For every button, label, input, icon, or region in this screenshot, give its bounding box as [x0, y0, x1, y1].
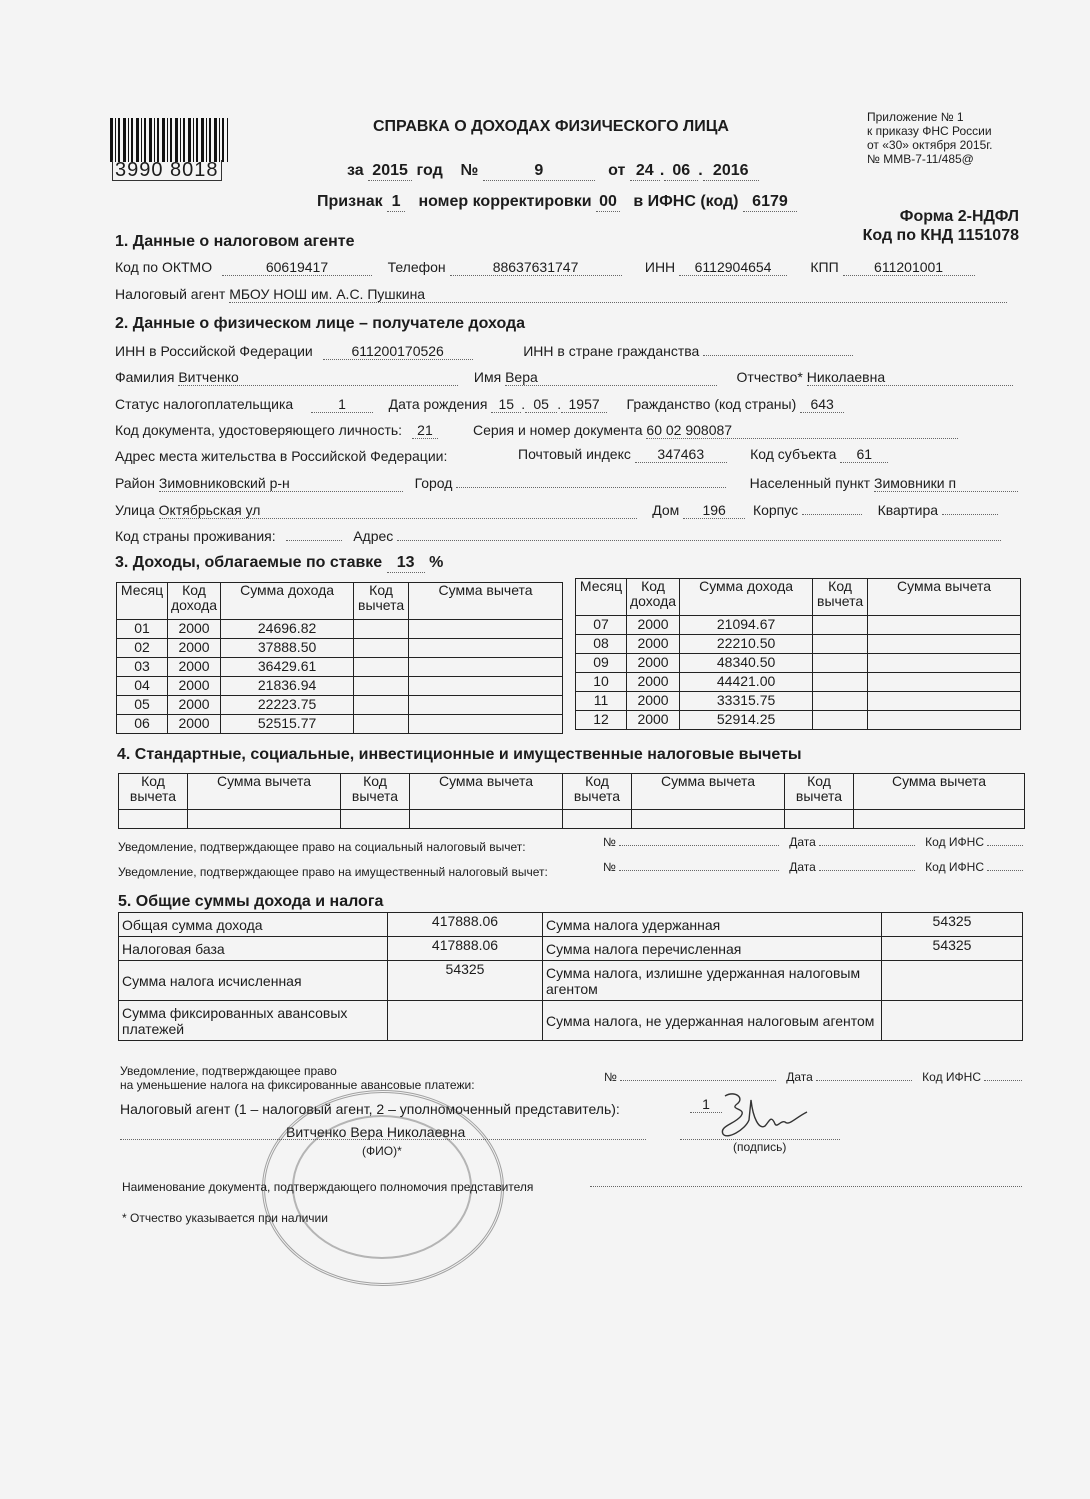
income-cell-month: 04 [117, 677, 168, 696]
totals-l-label: Налоговая база [119, 937, 388, 961]
sign-label: Признак [317, 193, 383, 210]
income-cell-ded-amount [868, 711, 1021, 730]
country-label: Код страны проживания: [115, 528, 276, 544]
section4-title: 4. Стандартные, социальные, инвестиционн… [117, 746, 802, 764]
deductions-table: Код вычета Сумма вычета Код вычета Сумма… [118, 773, 1025, 829]
inn-line: ИНН в Российской Федерации 611200170526 … [115, 343, 853, 360]
income-row: 05200022223.75 [117, 696, 563, 715]
appendix-note: Приложение № 1 к приказу ФНС России от «… [867, 110, 993, 166]
district-field: Зимовниковский р-н [159, 475, 403, 492]
col-deduction-code: Код вычета [813, 579, 868, 616]
income-row: 09200048340.50 [576, 654, 1021, 673]
col-deduction-code: Код вычета [354, 583, 409, 620]
income-cell-code: 2000 [168, 696, 221, 715]
income-cell-ded-amount [409, 658, 563, 677]
section5-title: 5. Общие суммы дохода и налога [118, 893, 383, 911]
income-cell-month: 06 [117, 715, 168, 734]
doc-series-field: 60 02 908087 [646, 422, 958, 439]
income-cell-month: 11 [576, 692, 627, 711]
region-field: 61 [840, 446, 888, 463]
number-label: № [461, 162, 479, 179]
income-cell-amount: 22210.50 [680, 635, 813, 654]
totals-row: Сумма налога исчисленная54325Сумма налог… [119, 961, 1023, 1001]
agent-ids-line: Код по ОКТМО 60619417 Телефон 8863763174… [115, 259, 975, 276]
full-name-line: Фамилия Витченко Имя Вера Отчество* Нико… [115, 369, 1013, 386]
kpp-label: КПП [810, 259, 838, 275]
property-notice-line: Уведомление, подтверждающее право на иму… [118, 865, 548, 879]
postal-line: Почтовый индекс 347463 Код субъекта 61 [518, 446, 888, 463]
col-deduction-code: Код вычета [341, 774, 410, 810]
income-cell-code: 2000 [168, 677, 221, 696]
totals-r-label: Сумма налога, излишне удержанная налогов… [543, 961, 882, 1001]
flat-field [942, 514, 998, 515]
advance-notice-ifns [984, 1080, 1022, 1081]
income-cell-ded-code [813, 673, 868, 692]
date-label: от [608, 162, 625, 179]
knd-code: Код по КНД 1151078 [863, 227, 1019, 245]
social-notice-date [819, 845, 915, 846]
agent-inn-label: ИНН [645, 259, 675, 275]
income-cell-ded-amount [409, 620, 563, 639]
income-cell-amount: 37888.50 [221, 639, 354, 658]
date-year: 2016 [703, 162, 759, 181]
document-line: Код документа, удостоверяющего личность:… [115, 422, 958, 439]
income-cell-amount: 21836.94 [221, 677, 354, 696]
totals-r-value: 54325 [882, 937, 1023, 961]
section1-title: 1. Данные о налоговом агенте [115, 233, 354, 251]
flat-label: Квартира [878, 502, 939, 518]
section3-title-text: 3. Доходы, облагаемые по ставке [115, 554, 382, 571]
col-income-code: Код дохода [168, 583, 221, 620]
deduction-cell [410, 810, 563, 829]
name-label: Имя [474, 369, 501, 385]
advance-notice-line-1: Уведомление, подтверждающее право [120, 1064, 475, 1078]
col-deduction-code: Код вычета [563, 774, 632, 810]
barcode-number: 3990 8018 [112, 160, 222, 181]
income-row: 06200052515.77 [117, 715, 563, 734]
section3-title: 3. Доходы, облагаемые по ставке 13 % [115, 554, 443, 573]
agent-name-line: Налоговый агент МБОУ НОШ им. А.С. Пушкин… [115, 286, 1007, 303]
inn-foreign-field [703, 355, 853, 356]
totals-r-label: Сумма налога перечисленная [543, 937, 882, 961]
income-cell-ded-amount [409, 696, 563, 715]
income-cell-ded-code [354, 715, 409, 734]
city-label: Город [415, 475, 453, 491]
property-notice-label: Уведомление, подтверждающее право на иму… [118, 865, 548, 879]
no-label: № [603, 860, 616, 874]
income-table-left: Месяц Код дохода Сумма дохода Код вычета… [116, 582, 563, 734]
col-deduction-code: Код вычета [785, 774, 854, 810]
income-cell-month: 07 [576, 616, 627, 635]
number-field: 9 [483, 162, 595, 181]
report-period-line: за 2015 год № 9 от 24.06.2016 [347, 162, 759, 181]
appendix-line: Приложение № 1 [867, 110, 993, 124]
citizenship-label: Гражданство (код страны) [627, 396, 797, 412]
appendix-line: к приказу ФНС России [867, 124, 993, 138]
totals-r-value [882, 961, 1023, 1001]
advance-notice-date [816, 1080, 912, 1081]
income-cell-code: 2000 [627, 635, 680, 654]
totals-row: Сумма фиксированных авансовых платежейСу… [119, 1001, 1023, 1041]
income-cell-month: 05 [117, 696, 168, 715]
agent-inn-field: 6112904654 [679, 259, 787, 276]
income-cell-amount: 33315.75 [680, 692, 813, 711]
income-cell-ded-code [354, 677, 409, 696]
street-line: Улица Октябрьская ул Дом 196 Корпус Квар… [115, 502, 998, 519]
income-cell-ded-code [354, 696, 409, 715]
status-field: 1 [311, 396, 373, 413]
deduction-cell [785, 810, 854, 829]
income-cell-month: 02 [117, 639, 168, 658]
house-label: Дом [652, 502, 679, 518]
street-field: Октябрьская ул [159, 502, 637, 519]
date-label: Дата [789, 860, 816, 874]
sign-field: 1 [387, 193, 405, 212]
doc-code-field: 21 [412, 422, 438, 439]
col-deduction-amount: Сумма вычета [868, 579, 1021, 616]
income-row: 07200021094.67 [576, 616, 1021, 635]
income-cell-ded-amount [409, 715, 563, 734]
region-label: Код субъекта [750, 446, 836, 462]
birth-label: Дата рождения [389, 396, 488, 412]
tax-rate-field: 13 [387, 554, 425, 573]
date-label: Дата [789, 835, 816, 849]
income-cell-month: 10 [576, 673, 627, 692]
ifns-label: в ИФНС (код) [633, 193, 738, 210]
inn-rf-label: ИНН в Российской Федерации [115, 343, 313, 359]
income-cell-month: 03 [117, 658, 168, 677]
building-label: Корпус [753, 502, 798, 518]
country-line: Код страны проживания: Адрес [115, 528, 1001, 544]
col-income-amount: Сумма дохода [680, 579, 813, 616]
totals-row: Налоговая база417888.06Сумма налога пере… [119, 937, 1023, 961]
phone-field: 88637631747 [450, 259, 622, 276]
postal-label: Почтовый индекс [518, 446, 631, 462]
income-cell-ded-code [813, 635, 868, 654]
deduction-cell [854, 810, 1025, 829]
birth-day: 15 [491, 396, 521, 413]
barcode [110, 118, 228, 162]
income-row: 01200024696.82 [117, 620, 563, 639]
totals-l-label: Общая сумма дохода [119, 913, 388, 937]
date-month: 06 [664, 162, 698, 181]
deduction-cell [563, 810, 632, 829]
income-cell-amount: 52914.25 [680, 711, 813, 730]
property-notice-ifns [987, 870, 1023, 871]
ifns-label: Код ИФНС [925, 860, 984, 874]
income-row: 10200044421.00 [576, 673, 1021, 692]
doc-code-label: Код документа, удостоверяющего личность: [115, 422, 402, 438]
income-cell-ded-code [354, 658, 409, 677]
oktmo-label: Код по ОКТМО [115, 259, 212, 275]
income-cell-month: 01 [117, 620, 168, 639]
locality-field: Зимовники п [874, 475, 1018, 492]
tax-rate-suffix: % [429, 554, 443, 571]
status-label: Статус налогоплательщика [115, 396, 293, 412]
social-notice-line: Уведомление, подтверждающее право на соц… [118, 840, 526, 854]
patronymic-label: Отчество* [737, 369, 803, 385]
income-cell-code: 2000 [627, 711, 680, 730]
income-cell-month: 09 [576, 654, 627, 673]
section2-title: 2. Данные о физическом лице – получателе… [115, 315, 525, 333]
agent-label: Налоговый агент [115, 286, 225, 302]
birth-year: 1957 [561, 396, 607, 413]
advance-notice: Уведомление, подтверждающее право на уме… [120, 1064, 475, 1092]
income-cell-code: 2000 [627, 692, 680, 711]
deduction-cell [632, 810, 785, 829]
income-cell-amount: 21094.67 [680, 616, 813, 635]
date-label: Дата [786, 1070, 813, 1084]
income-cell-ded-code [813, 692, 868, 711]
property-notice-fields: № Дата Код ИФНС [603, 860, 1023, 874]
year-suffix: год [417, 162, 443, 179]
oktmo-field: 60619417 [222, 259, 372, 276]
year-label: за [347, 162, 364, 179]
ifns-label: Код ИФНС [922, 1070, 981, 1084]
patronymic-field: Николаевна [807, 369, 1013, 386]
advance-notice-line-2: на уменьшение налога на фиксированные ав… [120, 1078, 475, 1092]
totals-r-label: Сумма налога удержанная [543, 913, 882, 937]
income-row: 08200022210.50 [576, 635, 1021, 654]
date-day: 24 [630, 162, 660, 181]
authority-doc-field [590, 1172, 1022, 1187]
year-field: 2015 [368, 162, 412, 181]
col-deduction-amount: Сумма вычета [188, 774, 341, 810]
postal-field: 347463 [635, 446, 727, 463]
signature-icon [715, 1090, 825, 1140]
totals-l-label: Сумма фиксированных авансовых платежей [119, 1001, 388, 1041]
property-notice-number [619, 870, 779, 871]
col-income-amount: Сумма дохода [221, 583, 354, 620]
address-header-line: Адрес места жительства в Российской Феде… [115, 448, 447, 464]
income-cell-code: 2000 [168, 658, 221, 677]
appendix-line: № ММВ-7-11/485@ [867, 152, 993, 166]
totals-l-value: 417888.06 [388, 937, 543, 961]
no-label: № [603, 835, 616, 849]
surname-field: Витченко [178, 369, 458, 386]
col-deduction-code: Код вычета [119, 774, 188, 810]
sign-line: Признак 1 номер корректировки 00 в ИФНС … [317, 193, 797, 212]
house-field: 196 [683, 502, 745, 519]
col-deduction-amount: Сумма вычета [854, 774, 1025, 810]
totals-l-label: Сумма налога исчисленная [119, 961, 388, 1001]
social-notice-ifns [987, 845, 1023, 846]
income-cell-ded-amount [868, 673, 1021, 692]
income-cell-code: 2000 [627, 654, 680, 673]
street-label: Улица [115, 502, 155, 518]
income-cell-amount: 22223.75 [221, 696, 354, 715]
deduction-cell [341, 810, 410, 829]
col-deduction-amount: Сумма вычета [409, 583, 563, 620]
income-cell-amount: 44421.00 [680, 673, 813, 692]
income-row: 04200021836.94 [117, 677, 563, 696]
kpp-field: 611201001 [843, 259, 975, 276]
signature-caption: (подпись) [733, 1140, 786, 1154]
income-cell-ded-code [354, 639, 409, 658]
agent-field: МБОУ НОШ им. А.С. Пушкина [229, 286, 1007, 303]
income-cell-ded-amount [868, 635, 1021, 654]
income-cell-amount: 48340.50 [680, 654, 813, 673]
foreign-address-label: Адрес [353, 528, 393, 544]
ifns-label: Код ИФНС [925, 835, 984, 849]
income-row: 03200036429.61 [117, 658, 563, 677]
income-cell-ded-code [354, 620, 409, 639]
inn-foreign-label: ИНН в стране гражданства [523, 343, 699, 359]
appendix-line: от «30» октября 2015г. [867, 138, 993, 152]
property-notice-date [819, 870, 915, 871]
income-cell-code: 2000 [627, 616, 680, 635]
income-cell-code: 2000 [168, 639, 221, 658]
birth-month: 05 [525, 396, 557, 413]
income-cell-code: 2000 [168, 715, 221, 734]
totals-r-value [882, 1001, 1023, 1041]
seal-stamp-inner [292, 1115, 472, 1259]
social-notice-fields: № Дата Код ИФНС [603, 835, 1023, 849]
col-deduction-amount: Сумма вычета [410, 774, 563, 810]
no-label: № [604, 1070, 617, 1084]
deduction-cell [119, 810, 188, 829]
totals-table: Общая сумма дохода417888.06Сумма налога … [118, 912, 1023, 1041]
ifns-field: 6179 [743, 193, 797, 212]
phone-label: Телефон [388, 259, 446, 275]
district-line: Район Зимовниковский р-н Город Населенны… [115, 475, 1018, 492]
locality-label: Населенный пункт [750, 475, 870, 491]
totals-row: Общая сумма дохода417888.06Сумма налога … [119, 913, 1023, 937]
doc-series-label: Серия и номер документа [473, 422, 643, 438]
citizenship-field: 643 [800, 396, 844, 413]
income-cell-ded-amount [868, 616, 1021, 635]
totals-l-value: 54325 [388, 961, 543, 1001]
document-title: СПРАВКА О ДОХОДАХ ФИЗИЧЕСКОГО ЛИЦА [373, 118, 729, 136]
income-cell-code: 2000 [627, 673, 680, 692]
income-cell-month: 12 [576, 711, 627, 730]
status-line: Статус налогоплательщика 1 Дата рождения… [115, 396, 844, 413]
correction-field: 00 [596, 193, 620, 212]
social-notice-number [619, 845, 779, 846]
advance-notice-number [620, 1080, 776, 1081]
income-cell-ded-amount [409, 639, 563, 658]
income-cell-ded-amount [409, 677, 563, 696]
advance-notice-fields: № Дата Код ИФНС [604, 1070, 1022, 1084]
income-row: 12200052914.25 [576, 711, 1021, 730]
income-cell-amount: 24696.82 [221, 620, 354, 639]
income-cell-amount: 52515.77 [221, 715, 354, 734]
income-cell-ded-code [813, 711, 868, 730]
income-row: 02200037888.50 [117, 639, 563, 658]
totals-l-value: 417888.06 [388, 913, 543, 937]
income-cell-month: 08 [576, 635, 627, 654]
foreign-address-field [397, 540, 1001, 541]
col-month: Месяц [576, 579, 627, 616]
income-cell-ded-code [813, 654, 868, 673]
totals-r-value: 54325 [882, 913, 1023, 937]
correction-label: номер корректировки [418, 193, 591, 210]
name-field: Вера [505, 369, 717, 386]
income-table-right: Месяц Код дохода Сумма дохода Код вычета… [575, 578, 1021, 730]
totals-l-value [388, 1001, 543, 1041]
form-name: Форма 2-НДФЛ [900, 208, 1019, 226]
inn-rf-field: 611200170526 [323, 343, 473, 360]
surname-label: Фамилия [115, 369, 174, 385]
col-month: Месяц [117, 583, 168, 620]
city-field [456, 487, 726, 488]
income-cell-code: 2000 [168, 620, 221, 639]
address-label: Адрес места жительства в Российской Феде… [115, 448, 447, 464]
income-cell-ded-amount [868, 654, 1021, 673]
country-field [286, 540, 342, 541]
totals-r-label: Сумма налога, не удержанная налоговым аг… [543, 1001, 882, 1041]
income-cell-ded-amount [868, 692, 1021, 711]
income-cell-amount: 36429.61 [221, 658, 354, 677]
building-field [802, 514, 862, 515]
income-row: 11200033315.75 [576, 692, 1021, 711]
social-notice-label: Уведомление, подтверждающее право на соц… [118, 840, 526, 854]
district-label: Район [115, 475, 155, 491]
col-income-code: Код дохода [627, 579, 680, 616]
income-cell-ded-code [813, 616, 868, 635]
col-deduction-amount: Сумма вычета [632, 774, 785, 810]
deduction-cell [188, 810, 341, 829]
